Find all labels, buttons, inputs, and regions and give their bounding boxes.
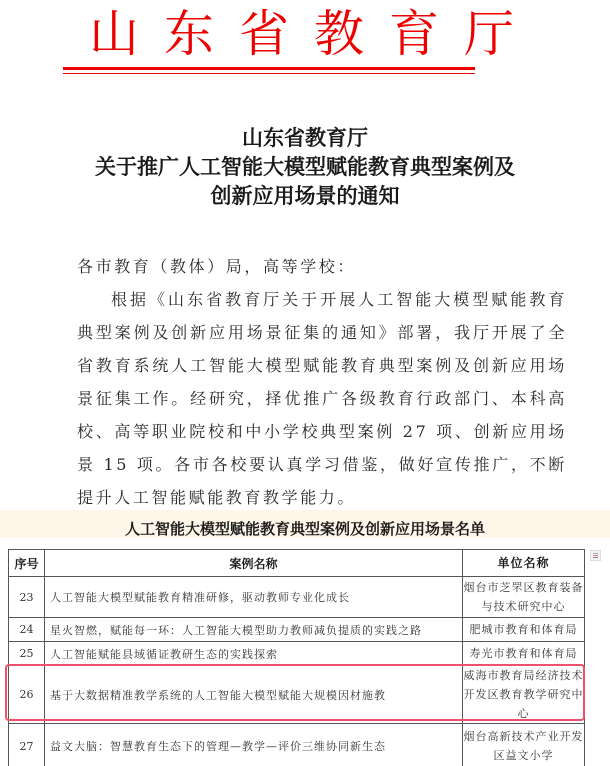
header-num: 序号 xyxy=(9,550,45,577)
table-row: 24 星火智燃，赋能每一环：人工智能大模型助力教师减负提质的实践之路 肥城市教育… xyxy=(9,618,585,642)
row-num: 26 xyxy=(9,666,45,724)
row-case-name: 人工智能大模型赋能教育精准研修，驱动教师专业化成长 xyxy=(45,577,463,618)
title-line-2: 关于推广人工智能大模型赋能教育典型案例及 xyxy=(0,152,610,181)
body-paragraph: 根据《山东省教育厅关于开展人工智能大模型赋能教育典型案例及创新应用场景征集的通知… xyxy=(77,283,567,514)
row-num: 25 xyxy=(9,642,45,666)
header-unit: 单位名称 xyxy=(463,550,585,577)
masthead-title: 山东省教育厅 xyxy=(0,8,610,60)
masthead-rule-thick xyxy=(63,67,475,70)
row-case-name: 益文大脑：智慧教育生态下的管理—教学—评价三维协同新生态 xyxy=(45,724,463,766)
row-num: 24 xyxy=(9,618,45,642)
salutation: 各市教育（教体）局，高等学校： xyxy=(77,250,567,283)
row-unit: 威海市教育局经济技术开发区教育教学研究中心 xyxy=(463,666,585,724)
row-unit: 寿光市教育和体育局 xyxy=(463,642,585,666)
table-row: 23 人工智能大模型赋能教育精准研修，驱动教师专业化成长 烟台市芝罘区教育装备与… xyxy=(9,577,585,618)
title-line-1: 山东省教育厅 xyxy=(0,123,610,152)
expand-table-icon[interactable] xyxy=(590,550,601,561)
row-unit: 烟台高新技术产业开发区益文小学 xyxy=(463,724,585,766)
table-header-row: 序号 案例名称 单位名称 xyxy=(9,550,585,577)
row-unit: 烟台市芝罘区教育装备与技术研究中心 xyxy=(463,577,585,618)
row-case-name: 星火智燃，赋能每一环：人工智能大模型助力教师减负提质的实践之路 xyxy=(45,618,463,642)
row-case-name: 基于大数据精准教学系统的人工智能大模型赋能大规模因材施教 xyxy=(45,666,463,724)
table-row: 27 益文大脑：智慧教育生态下的管理—教学—评价三维协同新生态 烟台高新技术产业… xyxy=(9,724,585,766)
masthead-rule-thin xyxy=(63,73,475,74)
list-banner-title: 人工智能大模型赋能教育典型案例及创新应用场景名单 xyxy=(0,510,610,538)
row-num: 23 xyxy=(9,577,45,618)
case-table: 序号 案例名称 单位名称 23 人工智能大模型赋能教育精准研修，驱动教师专业化成… xyxy=(8,549,585,766)
row-unit: 肥城市教育和体育局 xyxy=(463,618,585,642)
table-row: 25 人工智能赋能县域循证教研生态的实践探索 寿光市教育和体育局 xyxy=(9,642,585,666)
document-title: 山东省教育厅 关于推广人工智能大模型赋能教育典型案例及 创新应用场景的通知 xyxy=(0,123,610,210)
title-line-3: 创新应用场景的通知 xyxy=(0,181,610,210)
table-row-highlighted: 26 基于大数据精准教学系统的人工智能大模型赋能大规模因材施教 威海市教育局经济… xyxy=(9,666,585,724)
row-num: 27 xyxy=(9,724,45,766)
row-case-name: 人工智能赋能县域循证教研生态的实践探索 xyxy=(45,642,463,666)
header-name: 案例名称 xyxy=(45,550,463,577)
